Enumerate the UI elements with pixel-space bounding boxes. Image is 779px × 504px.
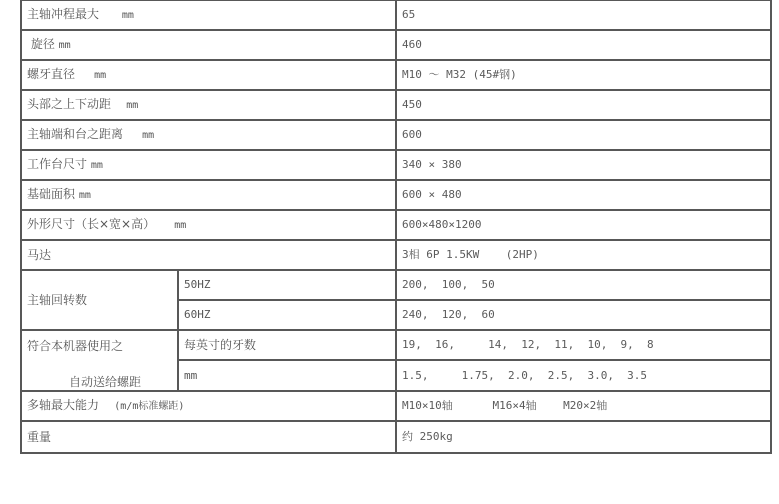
spec-unit: mm (142, 130, 154, 141)
spec-row-table-size: 工作台尺寸 mm 340 × 380 (21, 150, 771, 180)
spec-row-spindle-to-table: 主轴端和台之距离 mm 600 (21, 120, 771, 150)
spec-row-multi-spindle: 多轴最大能力 (m/m标准螺距) M10×10轴 M16×4轴 M20×2轴 (21, 391, 771, 421)
spec-unit: mm (122, 10, 134, 21)
spec-value: 600×480×1200 (396, 210, 771, 240)
spacer (99, 7, 122, 21)
spec-label: 工作台尺寸 (27, 157, 87, 171)
spec-unit: mm (126, 100, 138, 111)
spec-label-cell: 马达 (21, 240, 396, 270)
auto-feed-pitch-label-line1: 符合本机器使用之 (27, 339, 123, 353)
spec-label-cell: 重量 (21, 421, 396, 453)
spec-value: M10 ～ M32 (45#钢) (396, 60, 771, 90)
spec-value: 240, 120, 60 (396, 300, 771, 330)
spec-label-cell: 外形尺寸（长×宽×高） mm (21, 210, 396, 240)
spec-label-cell: 工作台尺寸 mm (21, 150, 396, 180)
spec-label: 主轴端和台之距离 (27, 127, 123, 141)
spec-row-motor: 马达 3相 6P 1.5KW (2HP) (21, 240, 771, 270)
spec-label-cell: 基础面积 mm (21, 180, 396, 210)
spec-row-swing: 旋径 mm 460 (21, 30, 771, 60)
spec-value: 600 (396, 120, 771, 150)
pitch-type-label: mm (178, 360, 396, 391)
spec-label: 旋径 (27, 37, 55, 51)
spec-value: 19, 16, 14, 12, 11, 10, 9, 8 (396, 330, 771, 360)
spec-value: 200, 100, 50 (396, 270, 771, 300)
spec-row-weight: 重量 约 250kg (21, 421, 771, 453)
spec-value: 450 (396, 90, 771, 120)
freq-label: 50HZ (178, 270, 396, 300)
spacer (75, 67, 94, 81)
spec-unit: mm (174, 220, 186, 231)
spec-label-cell: 主轴冲程最大 mm (21, 0, 396, 30)
spec-label: 外形尺寸（长×宽×高） (27, 217, 155, 231)
spec-row-spindle-speed-50hz: 主轴回转数 50HZ 200, 100, 50 (21, 270, 771, 300)
spec-label-cell: 主轴端和台之距离 mm (21, 120, 396, 150)
spec-label-cell: 头部之上下动距 mm (21, 90, 396, 120)
spec-label-cell: 旋径 mm (21, 30, 396, 60)
spec-value: 3相 6P 1.5KW (2HP) (396, 240, 771, 270)
pitch-type-label: 每英寸的牙数 (178, 330, 396, 360)
spec-unit: mm (91, 160, 103, 171)
spec-label: 主轴冲程最大 (27, 7, 99, 21)
spacer (155, 217, 174, 231)
spec-note: (m/m标准螺距) (114, 401, 184, 412)
spec-unit: mm (94, 70, 106, 81)
spec-row-thread-diameter: 螺牙直径 mm M10 ～ M32 (45#钢) (21, 60, 771, 90)
spec-label: 螺牙直径 (27, 67, 75, 81)
spec-label: 头部之上下动距 (27, 97, 111, 111)
spindle-speed-label: 主轴回转数 (21, 270, 178, 330)
spec-label: 基础面积 (27, 187, 75, 201)
spec-value: 65 (396, 0, 771, 30)
spec-value: 460 (396, 30, 771, 60)
freq-label: 60HZ (178, 300, 396, 330)
spec-label-cell: 螺牙直径 mm (21, 60, 396, 90)
spec-label: 重量 (27, 430, 51, 444)
auto-feed-pitch-label: 符合本机器使用之 自动送给螺距 (21, 330, 178, 391)
spec-row-overall-dimensions: 外形尺寸（长×宽×高） mm 600×480×1200 (21, 210, 771, 240)
spec-row-feed-pitch-tpi: 符合本机器使用之 自动送给螺距 每英寸的牙数 19, 16, 14, 12, 1… (21, 330, 771, 360)
spec-unit: mm (59, 40, 71, 51)
machine-spec-table: 主轴冲程最大 mm 65 旋径 mm 460 螺牙直径 mm M10 ～ M32… (20, 0, 772, 454)
spec-value: 1.5, 1.75, 2.0, 2.5, 3.0, 3.5 (396, 360, 771, 391)
spec-label-cell: 多轴最大能力 (m/m标准螺距) (21, 391, 396, 421)
spec-row-base-area: 基础面积 mm 600 × 480 (21, 180, 771, 210)
spacer (123, 127, 142, 141)
spec-row-spindle-stroke: 主轴冲程最大 mm 65 (21, 0, 771, 30)
spec-value: 340 × 380 (396, 150, 771, 180)
spec-value: M10×10轴 M16×4轴 M20×2轴 (396, 391, 771, 421)
spec-unit: mm (79, 190, 91, 201)
spec-value: 600 × 480 (396, 180, 771, 210)
spacer (99, 398, 114, 412)
auto-feed-pitch-label-line2: 自动送给螺距 (69, 375, 141, 389)
spec-value: 约 250kg (396, 421, 771, 453)
spec-label: 多轴最大能力 (27, 398, 99, 412)
spec-row-head-travel: 头部之上下动距 mm 450 (21, 90, 771, 120)
spec-label: 马达 (27, 248, 51, 262)
spacer (111, 97, 126, 111)
